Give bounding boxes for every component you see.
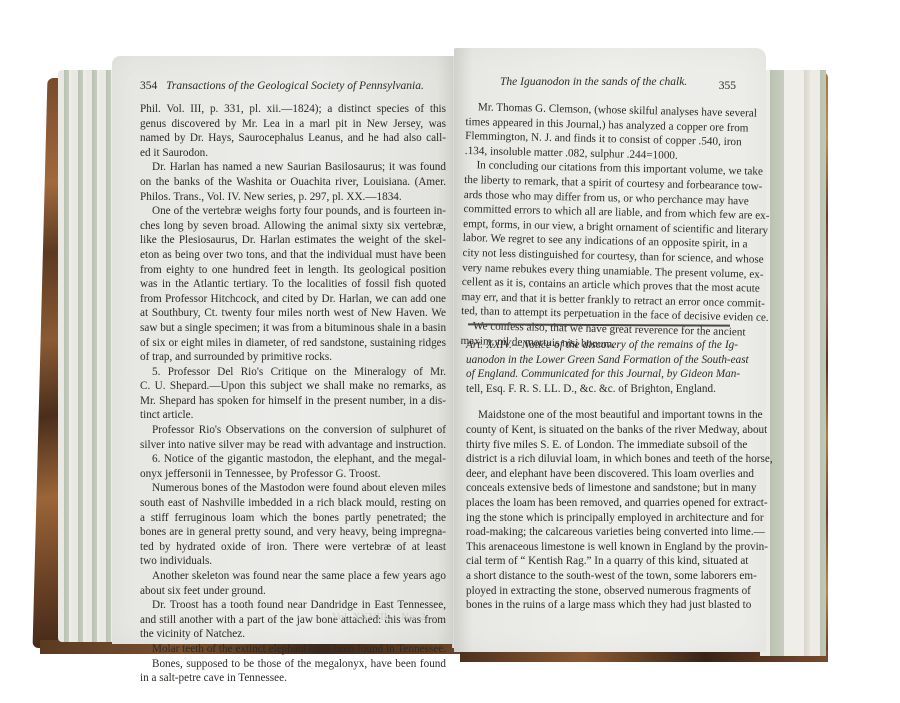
right-body-text-top: Mr. Thomas G. Clemson, (whose skilful an…	[460, 100, 736, 354]
running-head-title-right: The Iguanodon in the sands of the chalk.	[500, 76, 687, 88]
text-line: onyx jeffersonii in Tennessee, by Profes…	[140, 467, 446, 482]
text-line: Philos. Trans., Vol. IV. New series, p. …	[140, 190, 446, 205]
text-line: on the banks of the Washita or Ouachita …	[140, 175, 446, 190]
text-line: conceals extensive beds of limestone and…	[466, 481, 738, 496]
text-line: tinct article.	[140, 408, 446, 423]
text-line: thirty five miles S. E. of London. The i…	[466, 438, 738, 453]
text-line: the vicinity of Natchez.	[140, 627, 446, 642]
text-line: saw but a single specimen; it was from a…	[140, 321, 446, 336]
text-line: ing the stone which is principally emplo…	[466, 511, 738, 526]
right-body-text-article: Art. XXIV.—Notice of the discovery of th…	[466, 338, 738, 613]
text-line: ed it Saurodon.	[140, 146, 446, 161]
text-line: 6. Notice of the gigantic mastodon, the …	[140, 452, 446, 467]
text-line: Dr. Harlan has named a new Saurian Basil…	[140, 160, 446, 175]
text-line: genus discovered by Mr. Lea in a marl pi…	[140, 117, 446, 132]
show-through-text: Vol. XXVIII.—No. 2.	[332, 611, 428, 623]
text-line: road-making; the calcareous varieties be…	[466, 525, 738, 540]
text-line: Molar teeth of the extinct elephant have…	[140, 642, 446, 657]
article-heading-line: Art. XXIV.—Notice of the discovery of th…	[466, 338, 738, 353]
text-line: a stiff ferruginous loam which the bones…	[140, 511, 446, 526]
open-book: 354 Transactions of the Geological Socie…	[0, 0, 900, 703]
text-line: of six or eight miles in diameter, of re…	[140, 336, 446, 351]
text-line: county of Kent, is situated on the banks…	[466, 423, 738, 438]
text-line: a short distance to the south-west of th…	[466, 569, 738, 584]
text-line: C. U. Shepard.—Upon this subject we shal…	[140, 379, 446, 394]
text-line: Numerous bones of the Mastodon were foun…	[140, 481, 446, 496]
text-line: named by Dr. Hays, Saurocephalus Leanus,…	[140, 131, 446, 146]
article-heading-line: tell, Esq. F. R. S. LL. D., &c. &c. of B…	[466, 382, 738, 397]
text-line: Another skeleton was found near the same…	[140, 569, 446, 584]
text-line: from Professor Hitchcock, and cited by D…	[140, 292, 446, 307]
text-line: south east of Nashville imbedded in a ri…	[140, 496, 446, 511]
right-page: The Iguanodon in the sands of the chalk.…	[454, 48, 766, 652]
text-line: like the Plesiosaurus, Dr. Harlan estima…	[140, 233, 446, 248]
text-line: One of the vertebræ weighs forty four po…	[140, 204, 446, 219]
text-line: from eighty to one hundred feet in lengt…	[140, 263, 446, 278]
text-line: in a salt-petre cave in Tennessee.	[140, 671, 446, 686]
text-line: 5. Professor Del Rio's Critique on the M…	[140, 365, 446, 380]
left-page: 354 Transactions of the Geological Socie…	[112, 56, 458, 644]
text-line: places the loam has been removed, and qu…	[466, 496, 738, 511]
text-line: deer, and elephant have been discovered.…	[466, 467, 738, 482]
text-line: Bones, supposed to be those of the megal…	[140, 657, 446, 672]
text-line: cial term of “ Kentish Rag.” In a quarry…	[466, 554, 738, 569]
article-heading-line: of England. Communicated for this Journa…	[466, 367, 738, 382]
text-line: Phil. Vol. III, p. 331, pl. xii.—1824); …	[140, 102, 446, 117]
text-line: about six feet under ground.	[140, 584, 446, 599]
text-line: Mr. Shepard has spoken for himself in th…	[140, 394, 446, 409]
right-page-edges	[760, 70, 826, 656]
right-running-head: The Iguanodon in the sands of the chalk.…	[500, 76, 736, 88]
text-line: silver into native silver may be read wi…	[140, 438, 446, 453]
text-line: This arenaceous limestone is well known …	[466, 540, 738, 555]
page-number-left: 354	[140, 80, 157, 92]
text-line: ployed in extracting the stone, observed…	[466, 584, 738, 599]
running-head-title-left: Transactions of the Geological Society o…	[166, 80, 424, 92]
text-line: at Southbury, Ct. twenty four miles nort…	[140, 306, 446, 321]
page-number-right: 355	[719, 80, 736, 92]
left-body-text: Phil. Vol. III, p. 331, pl. xii.—1824); …	[140, 102, 446, 686]
text-line: Maidstone one of the most beautiful and …	[466, 408, 738, 423]
article-heading-line: uanodon in the Lower Green Sand Formatio…	[466, 353, 738, 368]
text-line: ches long by seven broad. Allowing the a…	[140, 219, 446, 234]
text-line: ted by hydrated oxide of iron. There wer…	[140, 540, 446, 555]
text-line: two individuals.	[140, 554, 446, 569]
text-line: district is a rich diluvial loam, in whi…	[466, 452, 738, 467]
text-line: bones are in general pretty sound, and v…	[140, 525, 446, 540]
text-line: of trap, and surrounded by primitive roc…	[140, 350, 446, 365]
text-line: eton as being over two tons, and that th…	[140, 248, 446, 263]
left-running-head: 354 Transactions of the Geological Socie…	[140, 80, 424, 92]
text-line: bones in the ruins of a large mass which…	[466, 598, 738, 613]
text-line: Professor Rio's Observations on the conv…	[140, 423, 446, 438]
text-line: was in the Atlantic tertiary. To the loc…	[140, 277, 446, 292]
